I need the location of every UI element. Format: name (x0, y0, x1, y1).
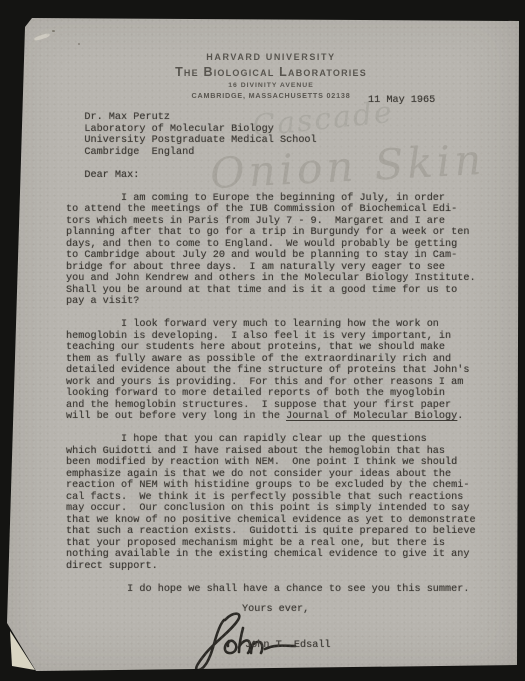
typed-line: Cambridge England (66, 147, 505, 159)
scan-background: Cascade Onion Skin HARVARD UNIVERSITY Th… (0, 0, 525, 681)
typed-line: been modified by reaction with NEM. One … (66, 457, 505, 469)
typed-line (66, 158, 505, 170)
typed-line: Dr. Max Perutz (66, 112, 505, 124)
typed-line: Laboratory of Molecular Biology (66, 124, 505, 136)
paper-scratch (34, 33, 50, 42)
typed-line: and the hemoglobin structures. I suppose… (66, 400, 505, 412)
typed-signature-name: John T. Edsall (245, 640, 331, 651)
typed-line: Dear Max: (66, 170, 505, 182)
typed-line: I look forward very much to learning how… (66, 319, 505, 331)
typed-line: reaction of NEM with histidine groups to… (66, 480, 505, 492)
typed-line (66, 572, 505, 584)
letterhead-street: 16 DIVINITY AVENUE (25, 82, 517, 89)
letterhead-university: HARVARD UNIVERSITY (25, 52, 517, 62)
typed-line: planning after that to go for a trip in … (66, 227, 505, 239)
paper-speck (52, 30, 55, 32)
typed-line: detailed evidence about the fine structu… (66, 365, 505, 377)
typed-line: tors which meets in Paris from July 7 - … (66, 216, 505, 228)
typed-line: to Cambridge about July 20 and would be … (66, 250, 505, 262)
typed-line: looking forward to more detailed reports… (66, 388, 505, 400)
typed-line: that we know of no positive chemical evi… (66, 515, 505, 527)
typed-line: you and John Kendrew and others in the M… (66, 273, 505, 285)
typed-line: to attend the meetings of the IUB Commis… (66, 204, 505, 216)
letter-body: Dr. Max Perutz Laboratory of Molecular B… (66, 112, 505, 595)
typed-line: pay a visit? (66, 296, 505, 308)
typed-line (66, 308, 505, 320)
typed-line: University Postgraduate Medical School (66, 135, 505, 147)
typed-line: I do hope we shall have a chance to see … (66, 584, 505, 596)
typed-line: bridge for about three days. I am natura… (66, 262, 505, 274)
typed-line: will be out before very long in the Jour… (66, 411, 505, 423)
typed-line: them as fully aware as possible of the e… (66, 354, 505, 366)
typed-line: Shall you be around at that time and is … (66, 285, 505, 297)
typed-line: teaching our students here about protein… (66, 342, 505, 354)
letterhead: HARVARD UNIVERSITY The Biological Labora… (25, 52, 517, 100)
typed-line: emphasize again is that we do not consid… (66, 469, 505, 481)
typed-line: which Guidotti and I have raised about t… (66, 446, 505, 458)
typed-line: may occur. Our conclusion on this point … (66, 503, 505, 515)
typed-line (66, 181, 505, 193)
typed-line: that such a reaction exists. Guidotti is… (66, 526, 505, 538)
letterhead-city: CAMBRIDGE, MASSACHUSETTS 02138 (25, 91, 517, 100)
typed-line: days, and then to come to England. We wo… (66, 239, 505, 251)
typed-line: nothing available in the existing chemic… (66, 549, 505, 561)
typed-line: work and yours is providing. For this an… (66, 377, 505, 389)
typed-line: hemoglobin is developing. I also feel it… (66, 331, 505, 343)
typed-line: cal facts. We think it is perfectly poss… (66, 492, 505, 504)
typed-line (66, 423, 505, 435)
letter-date: 11 May 1965 (368, 95, 435, 106)
typed-line: direct support. (66, 561, 505, 573)
letterhead-department: The Biological Laboratories (25, 65, 517, 79)
typed-line: I hope that you can rapidly clear up the… (66, 434, 505, 446)
paper-speck (78, 43, 80, 45)
typed-line: that your proposed mechanism might be a … (66, 538, 505, 550)
typed-line: I am coming to Europe the beginning of J… (66, 193, 505, 205)
letter-paper: Cascade Onion Skin HARVARD UNIVERSITY Th… (0, 0, 525, 681)
